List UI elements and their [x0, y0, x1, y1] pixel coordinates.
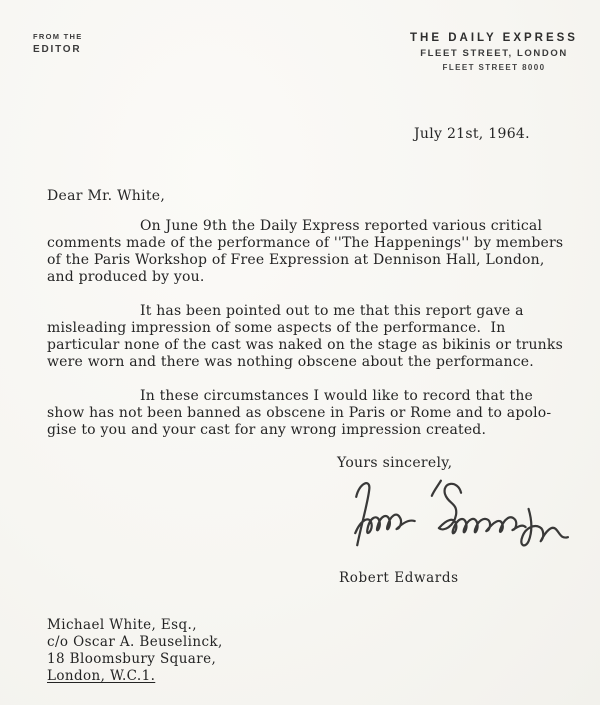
signature-stroke-edwards — [439, 484, 568, 546]
newspaper-address: FLEET STREET, LONDON — [398, 48, 590, 59]
recipient-care-of-line: c/o Oscar A. Beuselinck, — [47, 634, 223, 651]
masthead: THE DAILY EXPRESS FLEET STREET, LONDON F… — [398, 32, 590, 72]
recipient-city-line: London, W.C.1. — [47, 668, 223, 685]
signature-stroke-robert — [355, 483, 414, 545]
paragraph-3: In these circumstances I would like to r… — [47, 388, 582, 439]
newspaper-name: THE DAILY EXPRESS — [398, 32, 590, 44]
from-the-editor-block: FROM THE EDITOR — [33, 32, 83, 55]
paragraph-2: It has been pointed out to me that this … — [47, 303, 582, 371]
signature-stroke-tick — [432, 481, 441, 496]
recipient-address: Michael White, Esq., c/o Oscar A. Beusel… — [47, 617, 223, 685]
sender-typed-name: Robert Edwards — [339, 570, 459, 586]
letter-body: On June 9th the Daily Express reported v… — [47, 218, 582, 456]
editor-label: EDITOR — [33, 44, 83, 55]
letter-date: July 21st, 1964. — [414, 126, 530, 142]
newspaper-phone: FLEET STREET 8000 — [398, 63, 590, 72]
letter-page: FROM THE EDITOR THE DAILY EXPRESS FLEET … — [0, 0, 600, 705]
handwritten-signature-robert-edwards — [328, 466, 580, 568]
recipient-name-line: Michael White, Esq., — [47, 617, 223, 634]
recipient-street-line: 18 Bloomsbury Square, — [47, 651, 223, 668]
paragraph-1: On June 9th the Daily Express reported v… — [47, 218, 582, 286]
from-the-label: FROM THE — [33, 32, 83, 41]
salutation: Dear Mr. White, — [47, 188, 165, 204]
